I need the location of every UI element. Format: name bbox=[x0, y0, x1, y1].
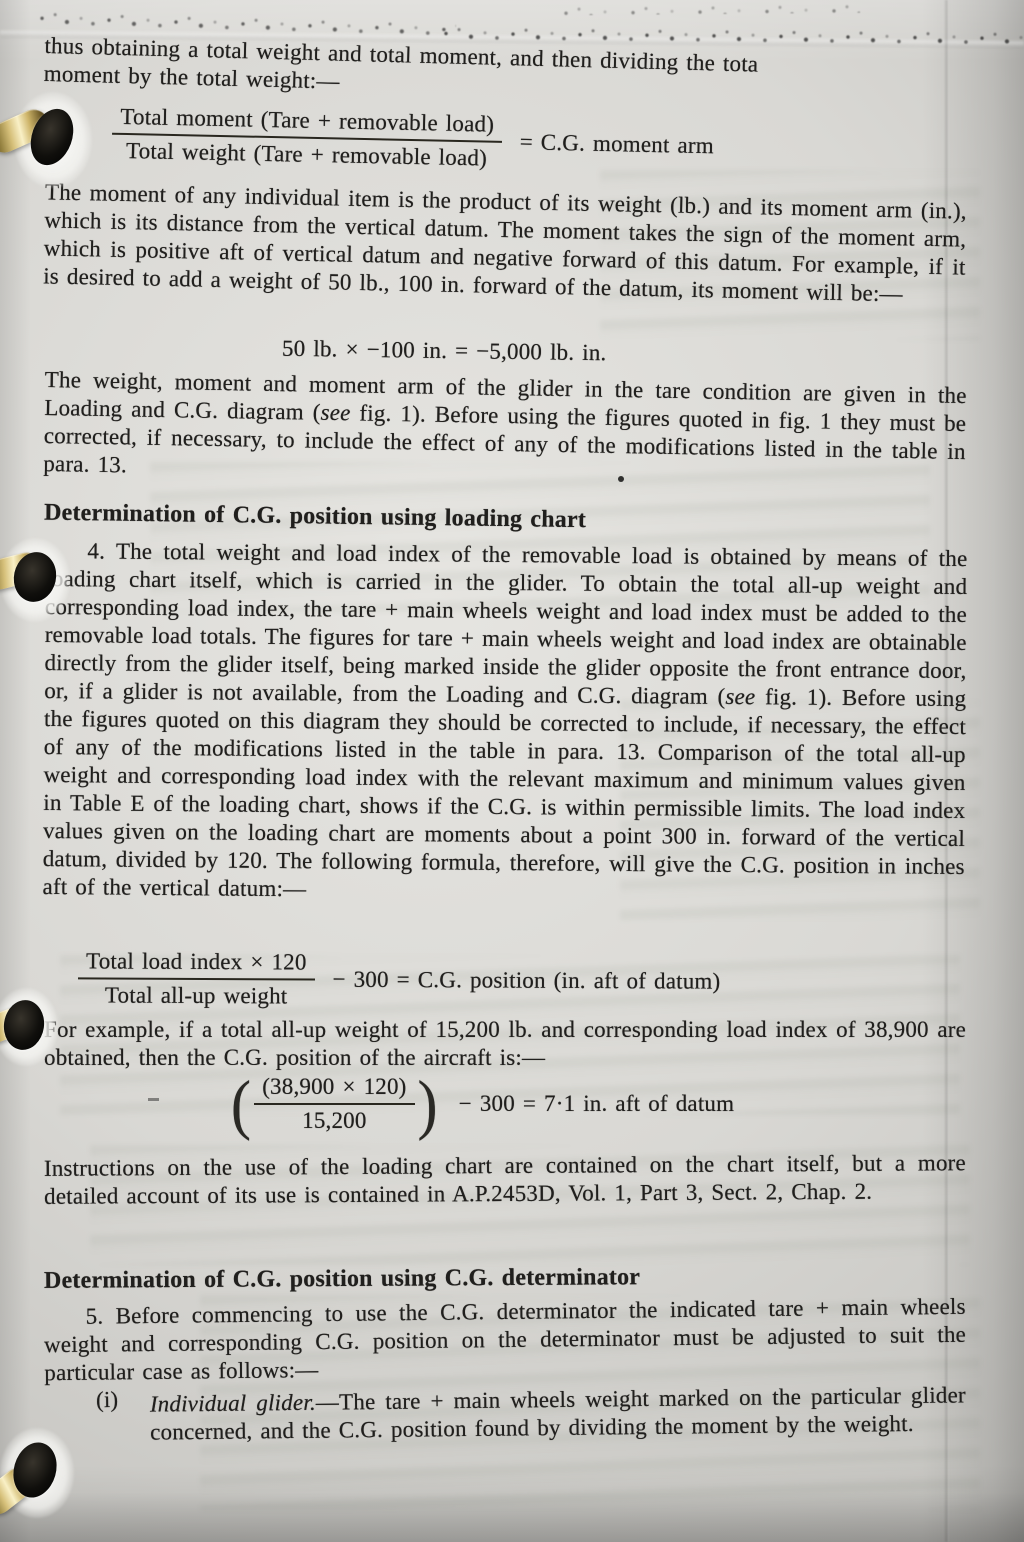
fraction: Total load index × 120 Total all-up weig… bbox=[78, 948, 315, 1009]
paragraph-worked-example: For example, if a total all-up weight of… bbox=[44, 1016, 966, 1072]
equation-text: 50 lb. × −100 in. = −5,000 lb. in. bbox=[282, 336, 607, 367]
paragraph-4: 4. The total weight and load index of th… bbox=[42, 537, 967, 909]
formula-result: = C.G. moment arm bbox=[519, 129, 714, 159]
formula-result: − 300 = 7·1 in. aft of datum bbox=[459, 1091, 735, 1117]
fraction-denominator: 15,200 bbox=[254, 1103, 414, 1134]
italic-see: see bbox=[725, 684, 755, 709]
fraction: Total moment (Tare + removable load) Tot… bbox=[111, 104, 502, 172]
formula-cg-moment-arm: Total moment (Tare + removable load) Tot… bbox=[111, 104, 714, 177]
paragraph-moment-definition: The moment of any individual item is the… bbox=[43, 178, 967, 309]
italic-see: see bbox=[320, 400, 350, 426]
paragraph-text: fig. 1). Before using the figures quoted… bbox=[42, 684, 966, 901]
open-paren: ( bbox=[228, 1075, 254, 1132]
formula-result: − 300 = C.G. position (in. aft of datum) bbox=[332, 967, 720, 995]
paragraph-text: 4. The total weight and load index of th… bbox=[44, 538, 967, 709]
paragraph-text: 5. Before commencing to use the C.G. det… bbox=[44, 1294, 966, 1385]
close-paren: ) bbox=[415, 1075, 441, 1132]
scan-noise-top-edge bbox=[560, 3, 860, 16]
list-item-i-text: Individual glider.—The tare + main wheel… bbox=[150, 1381, 967, 1446]
formula-cg-position: Total load index × 120 Total all-up weig… bbox=[78, 948, 721, 1011]
list-item-i-label: (i) bbox=[96, 1386, 136, 1414]
italic-lead: Individual glider. bbox=[150, 1390, 316, 1417]
scan-noise-top-edge bbox=[440, 25, 1024, 46]
section-heading-determinator: Determination of C.G. position using C.G… bbox=[44, 1261, 966, 1295]
fraction-numerator: Total load index × 120 bbox=[78, 948, 315, 978]
stray-ink-mark bbox=[148, 1098, 159, 1101]
paragraph-tare-condition: The weight, moment and moment arm of the… bbox=[43, 366, 967, 494]
equation-moment-example: 50 lb. × −100 in. = −5,000 lb. in. bbox=[282, 336, 607, 367]
paragraph-text: For example, if a total all-up weight of… bbox=[44, 1017, 966, 1070]
scanned-document-page: thus obtaining a total weight and total … bbox=[0, 0, 1024, 1542]
paragraph-text: The moment of any individual item is the… bbox=[43, 179, 967, 306]
formula-worked-example: ( (38,900 × 120) 15,200 ) − 300 = 7·1 in… bbox=[228, 1074, 734, 1134]
fraction: (38,900 × 120) 15,200 bbox=[254, 1074, 414, 1134]
fraction-denominator: Total all-up weight bbox=[78, 977, 315, 1009]
paragraph-5: 5. Before commencing to use the C.G. det… bbox=[44, 1293, 967, 1387]
paragraph-text: Instructions on the use of the loading c… bbox=[44, 1150, 966, 1209]
paragraph-instructions: Instructions on the use of the loading c… bbox=[44, 1149, 966, 1211]
page-bottom-shadow bbox=[0, 1492, 1024, 1542]
fraction-numerator: (38,900 × 120) bbox=[254, 1074, 414, 1103]
